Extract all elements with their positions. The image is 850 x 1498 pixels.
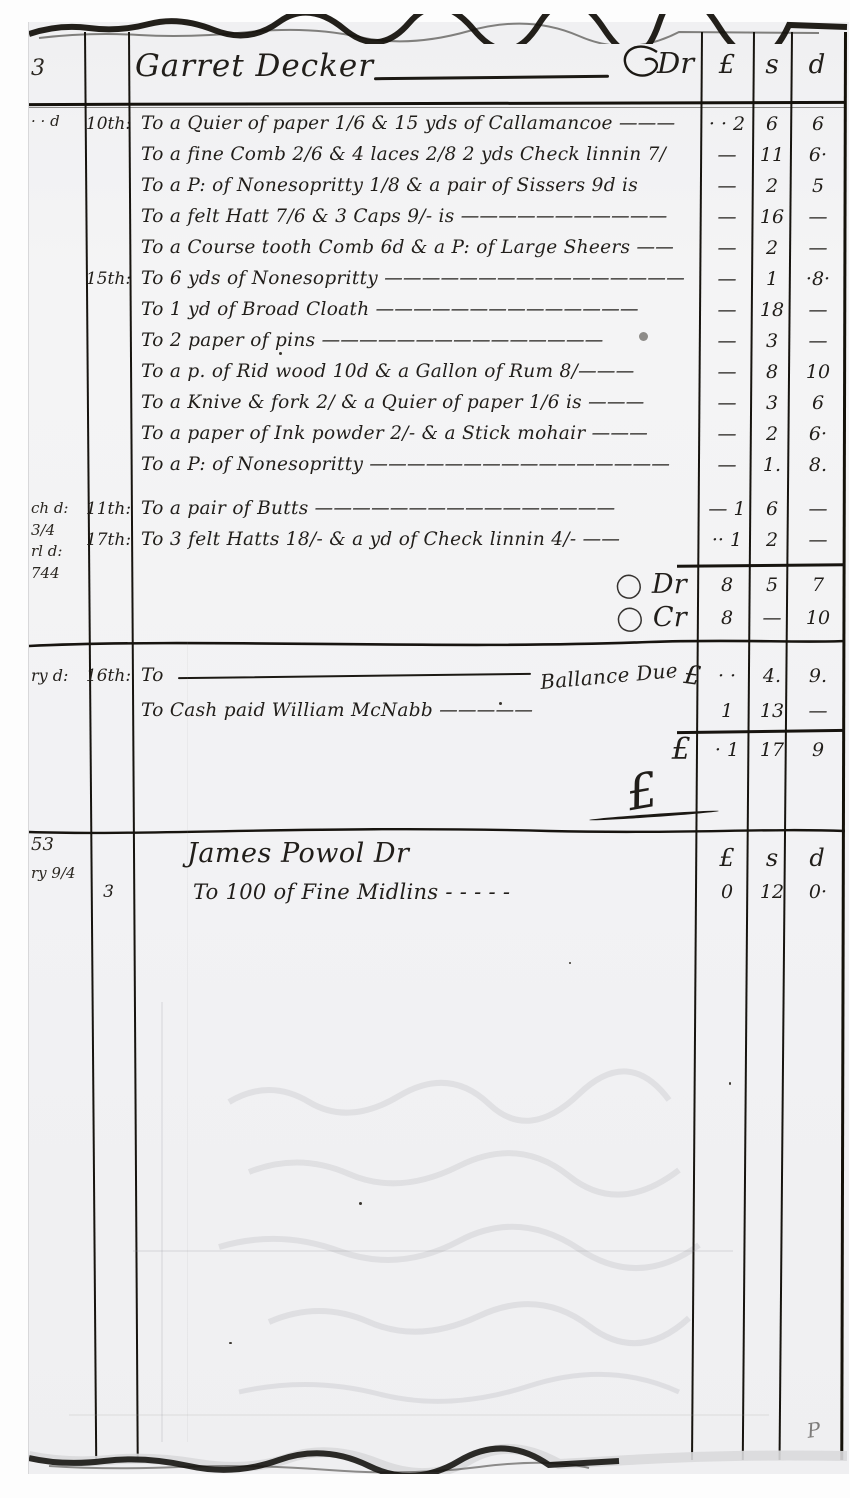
torn-bottom-edge (29, 1430, 849, 1474)
entry-description: To 6 yds of Nonesopritty ———————————————… (133, 268, 701, 289)
amount-pence: 9 (791, 739, 845, 761)
ledger-row: To a p. of Rid wood 10d & a Gallon of Ru… (29, 356, 845, 387)
amount-shillings: 13 (753, 700, 791, 722)
ledger-row: To 2 paper of pins ——————————————— — 3 — (29, 325, 845, 356)
amount-pence: 6 (791, 113, 845, 135)
amount-pence: 6· (791, 423, 845, 445)
amount-pounds: · 1 (701, 739, 753, 761)
amount-shillings: 8 (753, 361, 791, 383)
amount-pounds: — (701, 299, 753, 321)
entry-date: 11th: (84, 499, 133, 519)
amount-pence: — (791, 529, 845, 551)
bleed-line (161, 1002, 163, 1442)
amount-shillings: 18 (753, 299, 791, 321)
flourish-icon: ◯ (613, 602, 645, 633)
header-leader-line (374, 75, 609, 80)
amount-pounds: — (701, 423, 753, 445)
decker-totals: ◯Dr 8 5 7 ◯Cr 8 — 10 (29, 568, 845, 634)
amount-pounds: · · (701, 665, 753, 687)
amount-pounds: 1 (701, 700, 753, 722)
amount-pounds: — (701, 237, 753, 259)
col-header-pence: d (791, 844, 843, 872)
entry-description: To a pair of Butts ———————————————— (133, 498, 701, 519)
entry-description: To a Course tooth Comb 6d & a P: of Larg… (133, 237, 701, 258)
ledger-row: 11th: To a pair of Butts ———————————————… (29, 493, 845, 524)
total-label: £ (133, 732, 701, 767)
ledger-row: To a Knive & fork 2/ & a Quier of paper … (29, 387, 845, 418)
amount-pence: — (791, 206, 845, 228)
col-header-pence: d (791, 50, 843, 80)
amount-shillings: 6 (753, 113, 791, 135)
amount-pence: 10 (791, 361, 845, 383)
amount-shillings: 3 (753, 392, 791, 414)
amount-pence: — (791, 330, 845, 352)
entry-description: To a paper of Ink powder 2/- & a Stick m… (133, 423, 701, 444)
amount-pounds: — (701, 361, 753, 383)
entry-description: To a Quier of paper 1/6 & 15 yds of Call… (133, 113, 701, 134)
amount-pence: — (791, 700, 845, 722)
totals-rule (677, 563, 845, 567)
ledger-row: To Cash paid William McNabb ————— 1 13 — (29, 693, 845, 728)
amount-pence: — (791, 498, 845, 520)
total-label: ◯Dr (133, 569, 701, 600)
ledger-row: £ · 1 17 9 (29, 734, 845, 765)
entry-date: 3 (84, 882, 133, 902)
balance-due-note: Ballance Due (539, 661, 679, 691)
amount-pence: 5 (791, 175, 845, 197)
entry-description: To a felt Hatt 7/6 & 3 Caps 9/- is —————… (133, 206, 701, 227)
margin-note: ch d: (31, 499, 83, 517)
pound-sign: £ (682, 661, 701, 691)
amount-pounds: — (701, 454, 753, 476)
ledger-row: ry d: 16th: To Ballance Due £ · · 4. 9. (29, 658, 845, 693)
amount-pounds: 0 (701, 881, 753, 903)
amount-pounds: — (701, 175, 753, 197)
entry-description: To 2 paper of pins ——————————————— (133, 330, 701, 351)
amount-pounds: — (701, 268, 753, 290)
entry-date: 17th: (84, 530, 133, 550)
amount-pounds: — (701, 330, 753, 352)
margin-note: · · d (31, 112, 83, 130)
col-header-shillings: s (753, 844, 791, 872)
total-label: ◯Cr (133, 602, 701, 633)
balance-total: £ · 1 17 9 (29, 734, 845, 765)
total-row: ◯Cr 8 — 10 (29, 601, 845, 634)
amount-pence: — (791, 299, 845, 321)
ledger-row: To a P: of Nonesopritty ————————————————… (29, 449, 845, 480)
ledger-row: To a paper of Ink powder 2/- & a Stick m… (29, 418, 845, 449)
amount-pounds: — 1 (701, 498, 753, 520)
entry-date: 15th: (84, 269, 133, 289)
amount-pence: 8. (791, 454, 845, 476)
ledger-row: 3 To 100 of Fine Midlins - - - - - 0 12 … (29, 874, 845, 910)
account-name: Garret Decker (135, 48, 374, 84)
amount-pounds: — (701, 392, 753, 414)
entry-description: To a fine Comb 2/6 & 4 laces 2/8 2 yds C… (133, 144, 701, 165)
powel-entries: 3 To 100 of Fine Midlins - - - - - 0 12 … (29, 874, 845, 910)
balance-section: ry d: 16th: To Ballance Due £ · · 4. 9. … (29, 658, 845, 728)
amount-pence: 0· (791, 881, 845, 903)
entry-description: To 100 of Fine Midlins - - - - - (133, 880, 701, 904)
amount-shillings: 3 (753, 330, 791, 352)
leader-line (178, 672, 531, 678)
total-row: ◯Dr 8 5 7 (29, 568, 845, 601)
amount-pence: 9. (791, 665, 845, 687)
amount-shillings: 4. (753, 665, 791, 687)
entry-description: To 1 yd of Broad Cloath —————————————— (133, 299, 701, 320)
margin-note: ry d: (29, 666, 84, 685)
amount-shillings: — (753, 607, 791, 629)
scanned-ledger-page: { "doc_type": "handwritten ledger page",… (0, 0, 850, 1498)
debit-label: Dr (657, 46, 694, 80)
amount-shillings: 1. (753, 454, 791, 476)
margin-note: 3/4 (31, 521, 83, 539)
amount-pounds: 8 (701, 574, 753, 596)
torn-top-edge (29, 14, 849, 44)
amount-shillings: 5 (753, 574, 791, 596)
entry-date: 16th: (84, 666, 133, 686)
entry-description: To a P: of Nonesopritty 1/8 & a pair of … (133, 175, 701, 196)
amount-pence: — (791, 237, 845, 259)
amount-shillings: 6 (753, 498, 791, 520)
margin-note: 744 (31, 564, 83, 582)
margin-date-fragment: ry 9/4 (31, 864, 83, 882)
amount-pence: 7 (791, 574, 845, 596)
ledger-row: To a Course tooth Comb 6d & a P: of Larg… (29, 232, 845, 263)
amount-shillings: 17 (753, 739, 791, 761)
amount-shillings: 12 (753, 881, 791, 903)
entry-description: To Ballance Due £ (133, 661, 701, 691)
col-header-shillings: s (753, 50, 791, 80)
flourish-icon (621, 42, 661, 86)
to-word: To (141, 665, 164, 686)
amount-shillings: 16 (753, 206, 791, 228)
bleed-writing-ghost (209, 1062, 769, 1422)
amount-pence: 10 (791, 607, 845, 629)
decker-entries: 10th: To a Quier of paper 1/6 & 15 yds o… (29, 108, 845, 555)
ledger-row: To a fine Comb 2/6 & 4 laces 2/8 2 yds C… (29, 139, 845, 170)
amount-shillings: 1 (753, 268, 791, 290)
entry-description: To a p. of Rid wood 10d & a Gallon of Ru… (133, 361, 701, 382)
ledger-row: 10th: To a Quier of paper 1/6 & 15 yds o… (29, 108, 845, 139)
ledger-row: 17th: To 3 felt Hatts 18/- & a yd of Che… (29, 524, 845, 555)
amount-pence: 6 (791, 392, 845, 414)
entry-description: To 3 felt Hatts 18/- & a yd of Check lin… (133, 529, 701, 550)
entry-description: To a Knive & fork 2/ & a Quier of paper … (133, 392, 701, 413)
amount-shillings: 11 (753, 144, 791, 166)
amount-pence: ·8· (791, 268, 845, 290)
entry-description: To Cash paid William McNabb ————— (133, 700, 701, 721)
amount-pounds: ·· 1 (701, 529, 753, 551)
section-divider (29, 822, 845, 840)
ledger-row: To 1 yd of Broad Cloath —————————————— —… (29, 294, 845, 325)
ledger-row: To a felt Hatt 7/6 & 3 Caps 9/- is —————… (29, 201, 845, 232)
account-header: Garret Decker Dr £ s d (29, 46, 845, 102)
amount-shillings: 2 (753, 175, 791, 197)
amount-pence: 6· (791, 144, 845, 166)
section-divider (29, 634, 845, 652)
entry-date: 10th: (84, 114, 133, 134)
flourish-icon: ◯ (612, 569, 644, 600)
bleed-line (187, 642, 188, 1442)
amount-pounds: 8 (701, 607, 753, 629)
ledger-row: 15th: To 6 yds of Nonesopritty —————————… (29, 263, 845, 294)
margin-year-fragment: 3 (31, 56, 83, 81)
amount-shillings: 2 (753, 237, 791, 259)
ledger-row: To a P: of Nonesopritty 1/8 & a pair of … (29, 170, 845, 201)
col-header-pounds: £ (701, 844, 753, 872)
entry-description: To a P: of Nonesopritty ———————————————— (133, 454, 701, 475)
amount-shillings: 2 (753, 529, 791, 551)
amount-shillings: 2 (753, 423, 791, 445)
margin-year-fragment: 53 (31, 834, 83, 855)
amount-pounds: · · 2 (701, 113, 753, 135)
margin-note: rl d: (31, 542, 83, 560)
ledger-paper: Garret Decker Dr £ s d 10th: To a Quier … (28, 22, 849, 1474)
powel-col-headers: £ s d (29, 840, 845, 870)
amount-pounds: — (701, 206, 753, 228)
balance-total-rule (677, 729, 845, 734)
col-header-pounds: £ (701, 50, 753, 80)
amount-pounds: — (701, 144, 753, 166)
